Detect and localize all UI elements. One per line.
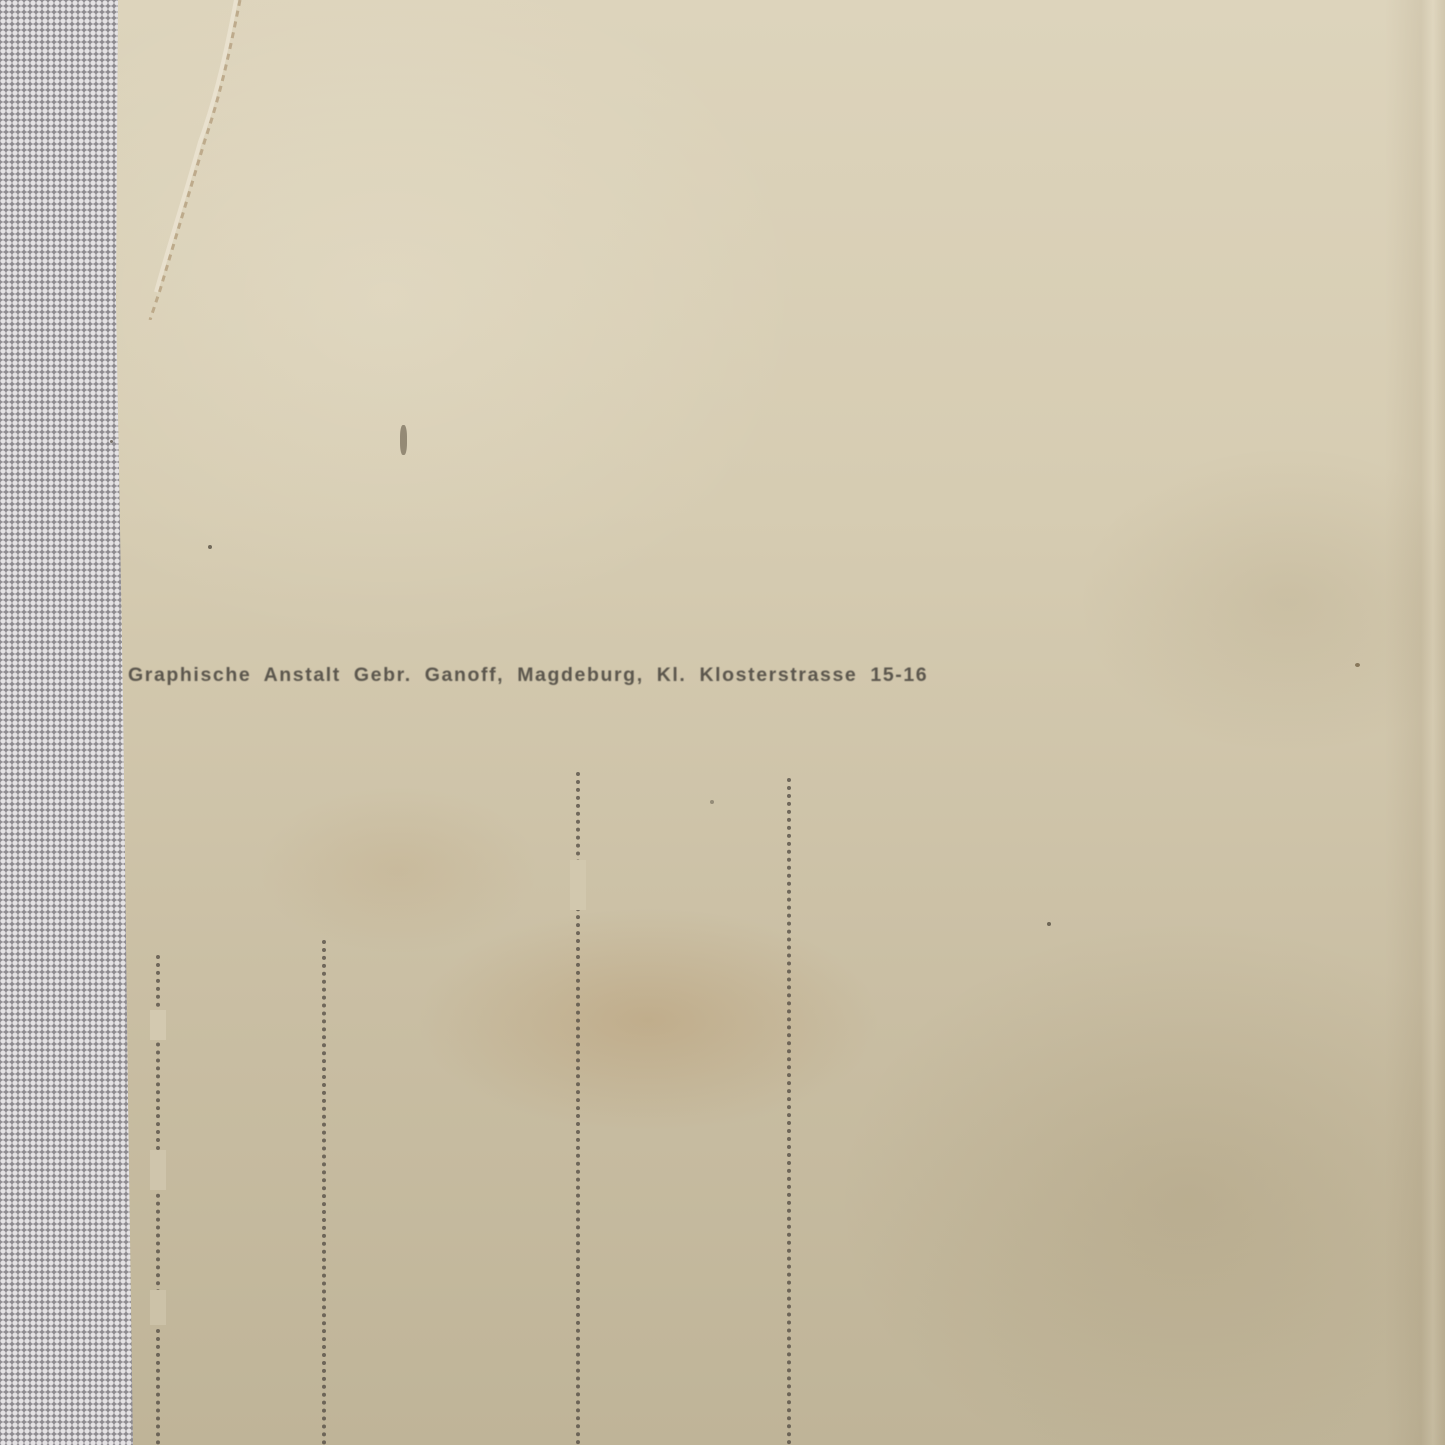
ink-speck (208, 545, 212, 549)
ink-speck (400, 425, 407, 455)
dotted-gap (150, 1290, 166, 1325)
dotted-gap (150, 1150, 166, 1190)
ink-speck (110, 440, 113, 443)
dotted-gap (570, 860, 586, 910)
printer-imprint: Graphische Anstalt Gebr. Ganoff, Magdebu… (128, 664, 928, 687)
ink-speck (710, 800, 714, 804)
postcard-back (88, 0, 1445, 1445)
ink-speck (1355, 663, 1360, 667)
card-edge-shading (1385, 0, 1445, 1445)
ink-speck (1047, 922, 1051, 926)
dotted-gap (150, 1010, 166, 1040)
